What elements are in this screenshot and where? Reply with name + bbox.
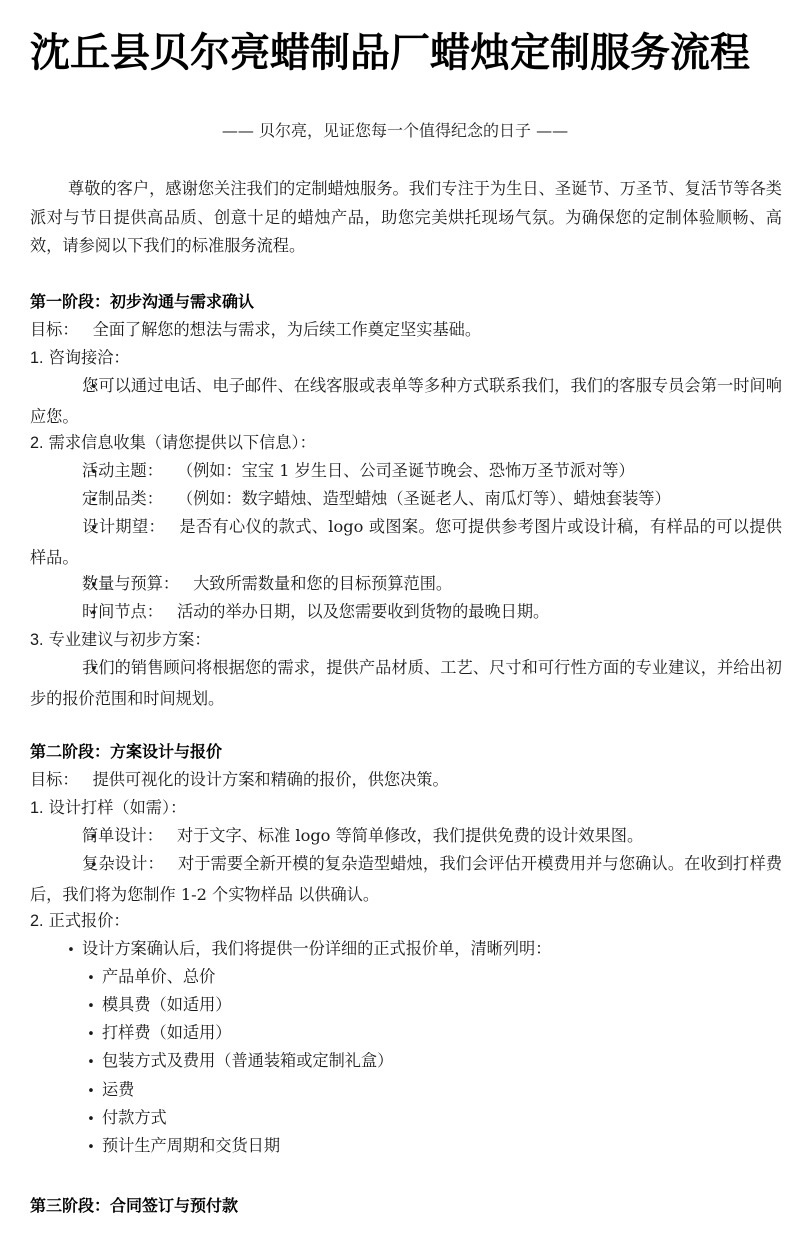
bullet-text: 设计方案确认后，我们将提供一份详细的正式报价单，清晰列明： [82,939,551,958]
step-number: 3. [30,631,44,649]
stage-2-step-2: 2. 正式报价： [30,907,130,935]
step-number: 1. [30,799,44,817]
list-item: •我们的销售顾问将根据您的需求，提供产品材质、工艺、尺寸和可行性方面的专业建议，… [30,654,782,713]
list-item: •数量与预算：大致所需数量和您的目标预算范围。 [30,570,782,601]
list-item: •定制品类：（例如：数字蜡烛、造型蜡烛（圣诞老人、南瓜灯等）、蜡烛套装等） [30,485,782,516]
bullet-label: 复杂设计： [82,854,164,873]
sub-list-item: •包装方式及费用（普通装箱或定制礼盒） [80,1047,393,1077]
stage-2-step-1: 1. 设计打样（如需）： [30,794,186,822]
document-page: 沈丘县贝尔亮蜡制品厂蜡烛定制服务流程 —— 贝尔亮，见证您每一个值得纪念的日子 … [0,0,790,1244]
step-title: 设计打样（如需）： [49,798,187,817]
stage-3-heading: 第三阶段：合同签订与预付款 [30,1192,238,1220]
sub-list-item: •运费 [80,1076,134,1106]
stage-2-heading: 第二阶段：方案设计与报价 [30,738,222,766]
bullet-label: 简单设计： [82,826,163,845]
bullet-label: 时间节点： [82,602,163,621]
bullet-icon: • [80,1049,102,1077]
list-item: •您可以通过电话、电子邮件、在线客服或表单等多种方式联系我们，我们的客服专员会第… [30,372,782,431]
step-title: 正式报价： [49,911,130,930]
bullet-icon: • [60,515,82,544]
bullet-icon: • [80,1134,102,1162]
list-item: •设计方案确认后，我们将提供一份详细的正式报价单，清晰列明： [60,935,551,965]
step-number: 2. [30,912,44,930]
stage-1-step-2: 2. 需求信息收集（请您提供以下信息）： [30,429,316,457]
bullet-label: 设计期望： [82,517,165,536]
bullet-text: （例如：数字蜡烛、造型蜡烛（圣诞老人、南瓜灯等）、蜡烛套装等） [177,489,671,508]
step-title: 专业建议与初步方案： [49,630,211,649]
bullet-text: （例如：宝宝 1 岁生日、公司圣诞节晚会、恐怖万圣节派对等） [177,461,635,480]
bullet-icon: • [80,965,102,993]
sub-list-item: •付款方式 [80,1104,167,1134]
sub-bullet-text: 打样费（如适用） [102,1023,232,1042]
step-title: 咨询接洽： [49,348,130,367]
list-item: •活动主题：（例如：宝宝 1 岁生日、公司圣诞节晚会、恐怖万圣节派对等） [30,457,782,488]
bullet-text: 您可以通过电话、电子邮件、在线客服或表单等多种方式联系我们，我们的客服专员会第一… [30,376,782,426]
sub-list-item: •打样费（如适用） [80,1019,232,1049]
bullet-icon: • [60,374,82,403]
list-item: •简单设计：对于文字、标准 logo 等简单修改，我们提供免费的设计效果图。 [30,822,782,853]
bullet-icon: • [60,487,82,516]
list-item: •设计期望：是否有心仪的款式、logo 或图案。您可提供参考图片或设计稿，有样品… [30,513,782,572]
stage-1-step-3: 3. 专业建议与初步方案： [30,626,211,654]
list-item: •时间节点：活动的举办日期，以及您需要收到货物的最晚日期。 [30,598,782,629]
bullet-icon: • [80,1106,102,1134]
bullet-label: 数量与预算： [82,574,179,593]
sub-bullet-text: 产品单价、总价 [102,967,215,986]
sub-list-item: •产品单价、总价 [80,963,215,993]
stage-2-goal: 目标：提供可视化的设计方案和精确的报价，供您决策。 [30,766,449,794]
sub-bullet-text: 付款方式 [102,1108,167,1127]
bullet-text: 我们的销售顾问将根据您的需求，提供产品材质、工艺、尺寸和可行性方面的专业建议，并… [30,658,782,708]
bullet-label: 活动主题： [82,461,163,480]
sub-list-item: •预计生产周期和交货日期 [80,1132,280,1162]
goal-text: 提供可视化的设计方案和精确的报价，供您决策。 [93,770,449,789]
sub-list-item: •模具费（如适用） [80,991,232,1021]
goal-text: 全面了解您的想法与需求，为后续工作奠定坚实基础。 [93,320,482,339]
bullet-icon: • [80,993,102,1021]
intro-paragraph: 尊敬的客户，感谢您关注我们的定制蜡烛服务。我们专注于为生日、圣诞节、万圣节、复活… [30,175,782,261]
bullet-icon: • [60,572,82,601]
document-title: 沈丘县贝尔亮蜡制品厂蜡烛定制服务流程 [30,28,770,78]
bullet-icon: • [60,600,82,629]
goal-label: 目标： [30,770,79,789]
sub-bullet-text: 预计生产周期和交货日期 [102,1136,280,1155]
bullet-icon: • [60,852,82,881]
bullet-icon: • [60,656,82,685]
step-number: 2. [30,434,44,452]
bullet-icon: • [80,1021,102,1049]
document-subtitle: —— 贝尔亮，见证您每一个值得纪念的日子 —— [0,119,790,143]
stage-1-goal: 目标：全面了解您的想法与需求，为后续工作奠定坚实基础。 [30,316,481,344]
step-title: 需求信息收集（请您提供以下信息）： [49,433,316,452]
step-number: 1. [30,349,44,367]
list-item: •复杂设计：对于需要全新开模的复杂造型蜡烛，我们会评估开模费用并与您确认。在收到… [30,850,782,909]
bullet-icon: • [60,937,82,965]
bullet-text: 大致所需数量和您的目标预算范围。 [193,574,452,593]
sub-bullet-text: 包装方式及费用（普通装箱或定制礼盒） [102,1051,393,1070]
bullet-icon: • [60,459,82,488]
stage-1-step-1: 1. 咨询接洽： [30,344,130,372]
bullet-text: 活动的举办日期，以及您需要收到货物的最晚日期。 [177,602,549,621]
bullet-label: 定制品类： [82,489,163,508]
sub-bullet-text: 模具费（如适用） [102,995,232,1014]
bullet-icon: • [80,1078,102,1106]
bullet-icon: • [60,824,82,853]
sub-bullet-text: 运费 [102,1080,134,1099]
goal-label: 目标： [30,320,79,339]
stage-1-heading: 第一阶段：初步沟通与需求确认 [30,288,254,316]
bullet-text: 对于文字、标准 logo 等简单修改，我们提供免费的设计效果图。 [177,826,643,845]
